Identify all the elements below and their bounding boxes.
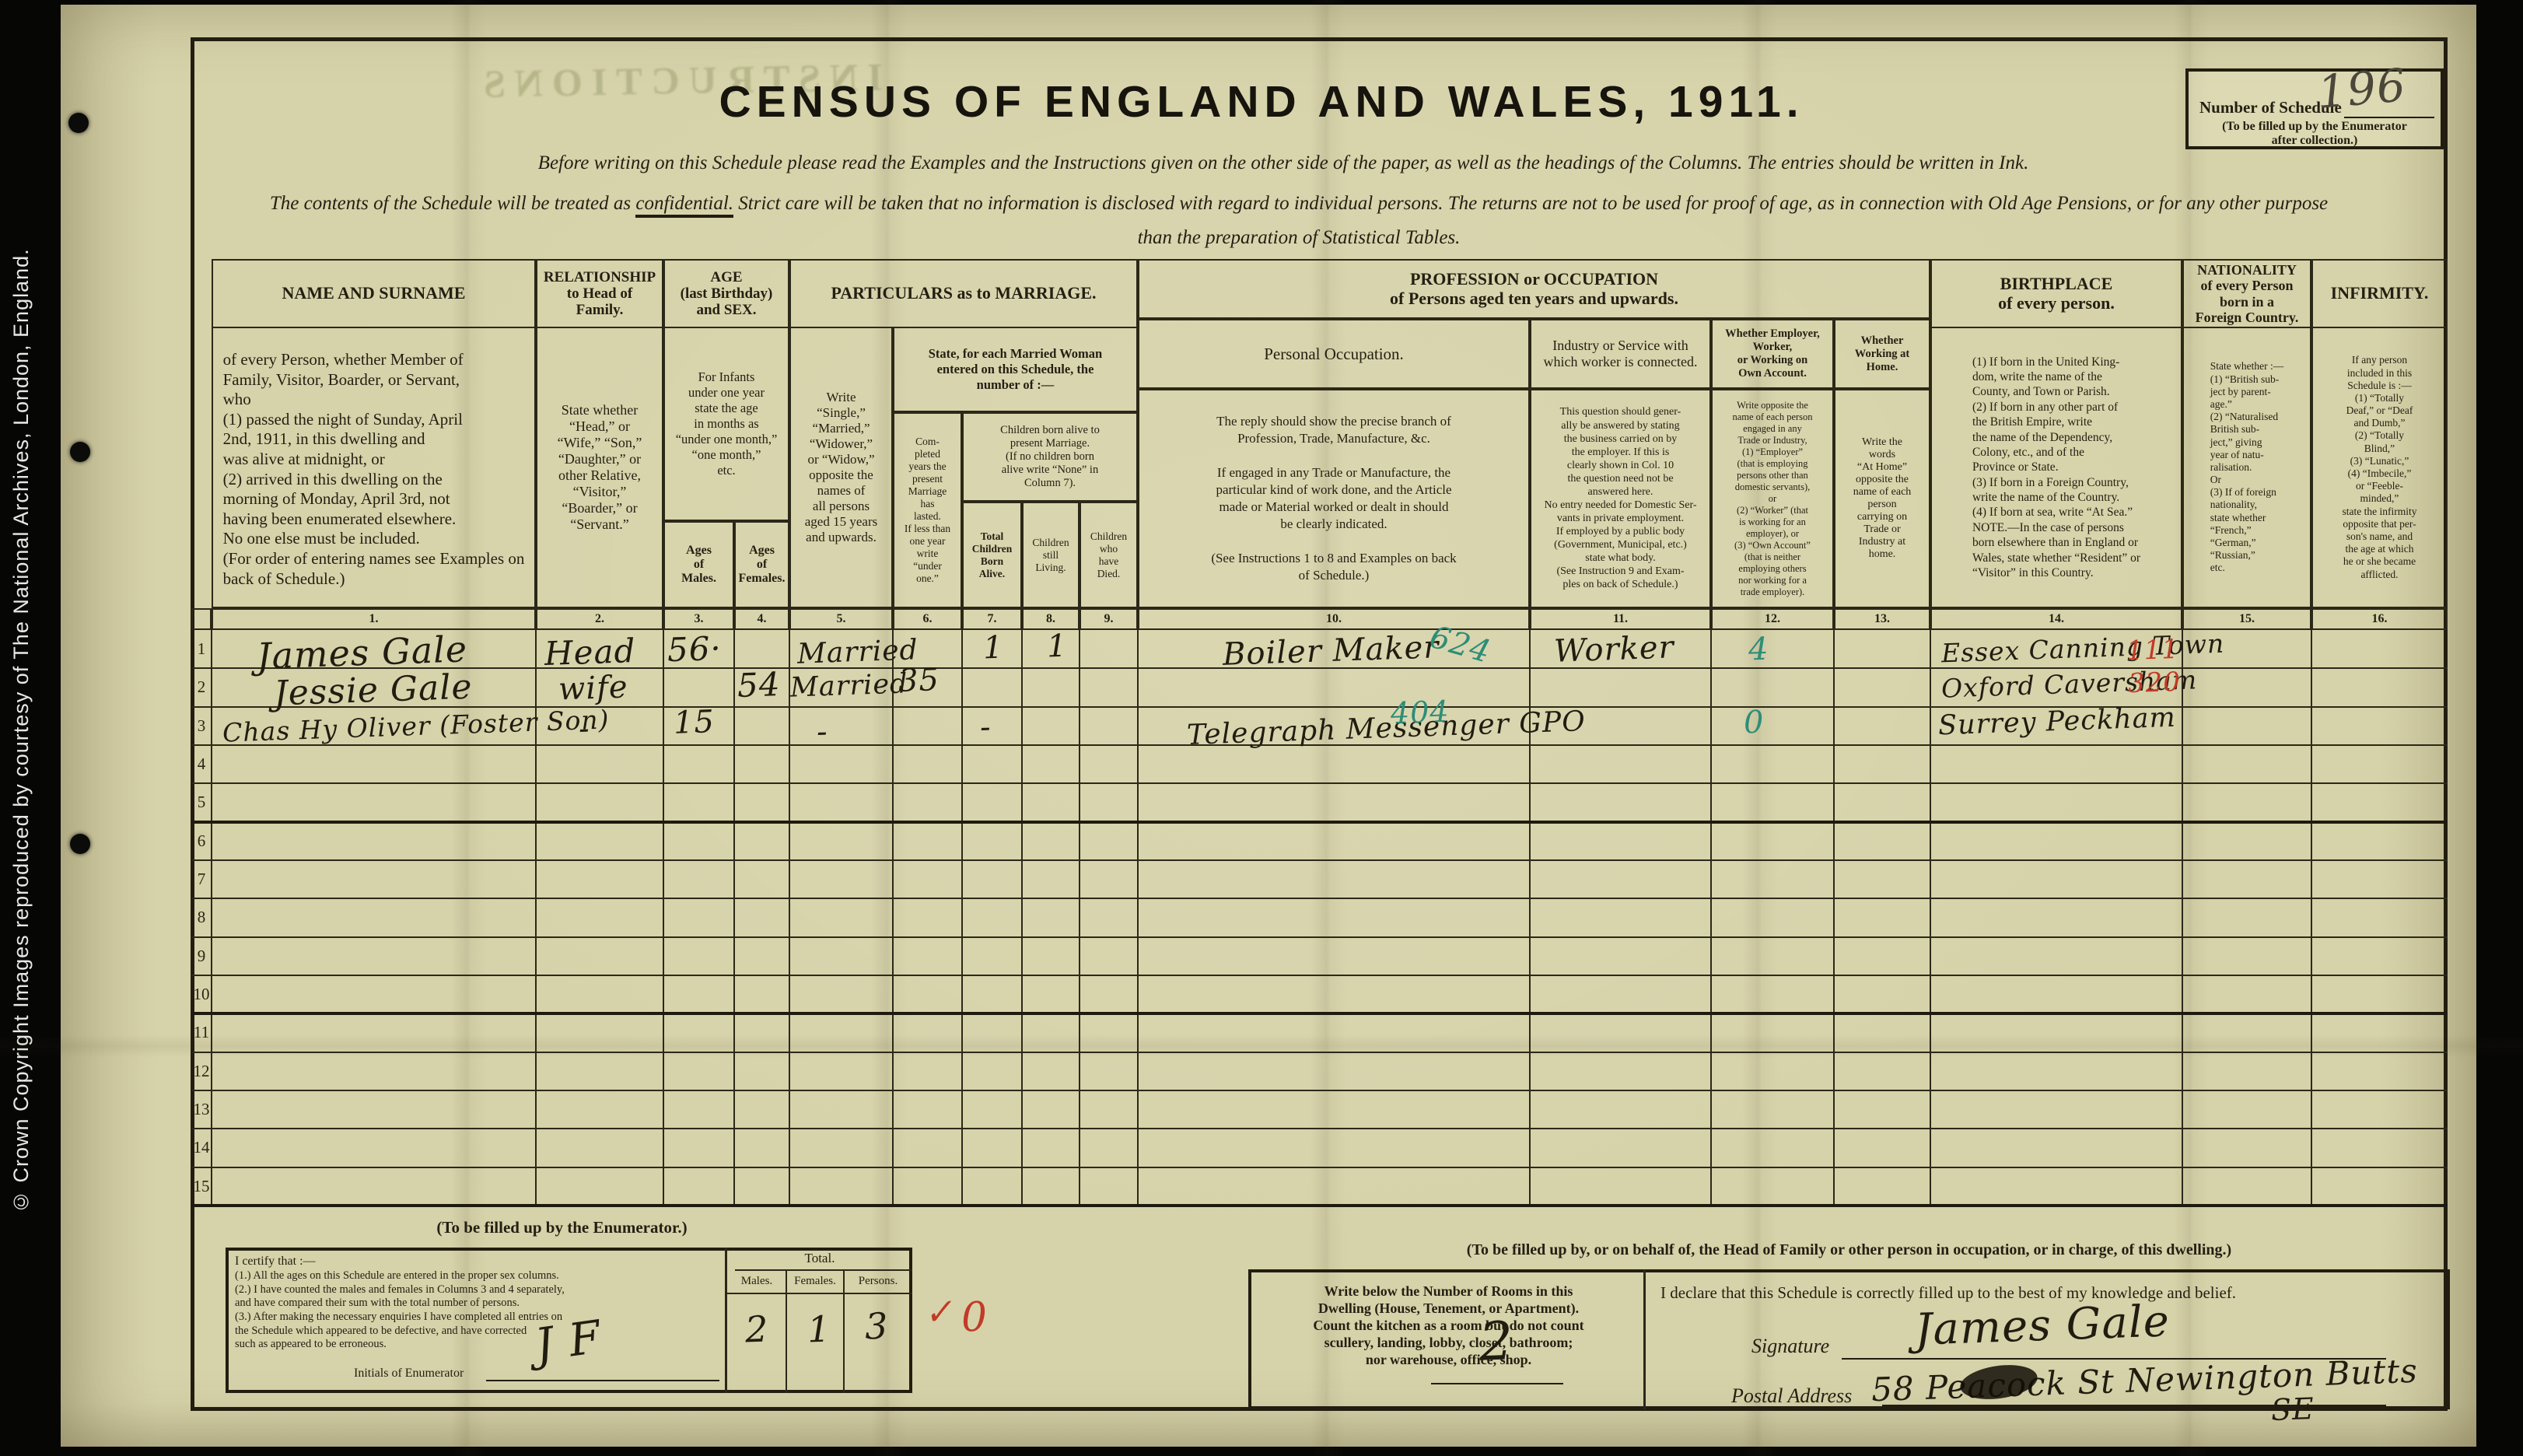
postal-address-suffix: SE [2270, 1391, 2315, 1427]
grid-line-horizontal [191, 898, 2448, 899]
header-children-living: Children still Living. [1022, 502, 1080, 608]
column-number: 5. [789, 608, 893, 630]
entry-years-married: 35 [898, 662, 940, 699]
totals-divider [843, 1269, 845, 1393]
row-number: 1 [191, 639, 212, 659]
header-industry: Industry or Service with which worker is… [1530, 319, 1711, 389]
entry-relationship: - [578, 711, 590, 747]
row-number: 10 [191, 985, 212, 1004]
header-children-total: Total Children Born Alive. [962, 502, 1022, 608]
column-number: 8. [1022, 608, 1080, 630]
column-number: 2. [536, 608, 663, 630]
grid-line-horizontal [191, 782, 2448, 784]
column-number: 7. [962, 608, 1022, 630]
entry-occupation: Boiler Maker [1222, 629, 1440, 673]
entry-employment-code: 4 [1748, 632, 1769, 668]
row-number: 9 [191, 947, 212, 966]
header-birthplace: BIRTHPLACE of every person. [1930, 259, 2182, 328]
row-number: 6 [191, 831, 212, 851]
entry-birthplace-code: 320 [2127, 667, 2181, 699]
entry-age: 54 [737, 665, 781, 705]
punch-hole [70, 834, 90, 854]
grid-line-vertical [2182, 630, 2183, 1206]
intro-line-2: The contents of the Schedule will be tre… [233, 193, 2364, 215]
intro-line-1: Before writing on this Schedule please r… [327, 152, 2240, 174]
grid-line-horizontal [191, 936, 2448, 938]
entry-marriage: - [816, 714, 828, 750]
header-relationship-instructions: State whether “Head,” or “Wife,” “Son,” … [536, 327, 663, 608]
red-check-mark: ✓ [922, 1291, 955, 1334]
census-schedule-scan: © Crown Copyright Images reproduced by c… [0, 0, 2523, 1456]
grid-line-vertical [961, 630, 963, 1206]
row-number: 7 [191, 870, 212, 889]
header-personal-occupation: Personal Occupation. [1138, 319, 1530, 389]
header-at-home-instructions: Write the words “At Home” opposite the n… [1834, 389, 1930, 608]
rooms-instructions: Write below the Number of Rooms in this … [1264, 1283, 1633, 1369]
entry-age: 15 [673, 704, 715, 741]
row-number-column-head [191, 608, 212, 630]
grid-line-vertical [1710, 630, 1712, 1206]
initials-line [486, 1380, 719, 1381]
punch-hole [70, 442, 90, 462]
page-title: CENSUS OF ENGLAND AND WALES, 1911. [0, 76, 2523, 128]
totals-rule [727, 1293, 912, 1294]
head-family-divider [1643, 1269, 1646, 1409]
row-number: 5 [191, 793, 212, 812]
column-number: 6. [893, 608, 962, 630]
grid-line-horizontal [191, 1012, 2448, 1015]
entry-age: 56· [667, 629, 722, 669]
column-number: 1. [212, 608, 536, 630]
entry-children-born: - [979, 709, 992, 745]
row-number: 12 [191, 1062, 212, 1081]
row-number: 14 [191, 1138, 212, 1157]
row-number: 8 [191, 908, 212, 927]
column-number: 3. [663, 608, 734, 630]
signature-value: James Gale [1914, 1296, 2171, 1355]
signature-label: Signature [1751, 1335, 1829, 1358]
header-employer-instructions: Write opposite the name of each person e… [1711, 389, 1834, 608]
header-children-born: Children born alive to present Marriage.… [962, 412, 1138, 502]
row-number: 2 [191, 677, 212, 697]
column-number: 9. [1080, 608, 1138, 630]
males-label: Males. [727, 1274, 786, 1288]
grid-line-horizontal [191, 1167, 2448, 1168]
header-infirmity: INFIRMITY. [2311, 259, 2448, 328]
header-children-died: Children who have Died. [1080, 502, 1138, 608]
intro-line-2-pre: The contents of the Schedule will be tre… [270, 193, 636, 214]
rooms-value: 2 [1478, 1311, 1515, 1373]
entry-birthplace-code: 111 [2126, 634, 2179, 667]
certify-intro: I certify that :— [235, 1254, 717, 1269]
grid-line-vertical [663, 630, 664, 1206]
column-number: 10. [1138, 608, 1530, 630]
grid-line-horizontal [191, 1204, 2448, 1207]
entry-marriage: Married [789, 668, 908, 703]
header-ages-males: Ages of Males. [663, 521, 734, 608]
grid-line-vertical [2311, 630, 2312, 1206]
header-employer-worker: Whether Employer, Worker, or Working on … [1711, 319, 1834, 389]
grid-line-horizontal [191, 1052, 2448, 1053]
grid-line-horizontal [191, 859, 2448, 861]
header-profession-group: PROFESSION or OCCUPATION of Persons aged… [1138, 259, 1930, 319]
header-birthplace-instructions: (1) If born in the United King- dom, wri… [1930, 327, 2182, 608]
males-value: 2 [744, 1307, 769, 1350]
header-name-instructions: of every Person, whether Member of Famil… [212, 327, 536, 608]
header-name-surname: NAME AND SURNAME [212, 259, 536, 328]
grid-line-vertical [733, 630, 735, 1206]
column-number: 13. [1834, 608, 1930, 630]
grid-line-vertical [1021, 630, 1023, 1206]
grid-line-horizontal [191, 1090, 2448, 1091]
grid-line-vertical [1137, 630, 1139, 1206]
intro-line-2-post: Strict care will be taken that no inform… [733, 193, 2328, 214]
entry-relationship: Head [544, 632, 636, 673]
grid-line-vertical [892, 630, 894, 1206]
entry-children-born: 1 [982, 630, 1004, 667]
column-number: 11. [1530, 608, 1711, 630]
row-number: 3 [191, 716, 212, 736]
header-nationality-instructions: State whether :— (1) “British sub- ject … [2182, 327, 2311, 608]
header-marital-condition: Write “Single,” “Married,” “Widower,” or… [789, 327, 893, 608]
confidential-underlined: confidential. [635, 193, 733, 218]
certify-items: (1.) All the ages on this Schedule are e… [235, 1269, 721, 1352]
header-occupation-instructions: The reply should show the precise branch… [1138, 389, 1530, 608]
grid-line-vertical [1833, 630, 1835, 1206]
entry-employment-code: 0 [1743, 705, 1765, 741]
grid-line-vertical [789, 630, 790, 1206]
entry-name: Jessie Gale [273, 667, 473, 714]
header-at-home: Whether Working at Home. [1834, 319, 1930, 389]
entry-children-living: 1 [1046, 628, 1068, 665]
row-number: 15 [191, 1177, 212, 1196]
persons-label: Persons. [844, 1274, 912, 1288]
red-zero-mark: 0 [961, 1293, 989, 1341]
header-relationship: RELATIONSHIP to Head of Family. [536, 259, 663, 328]
header-married-woman: State, for each Married Woman entered on… [893, 327, 1138, 412]
females-value: 1 [807, 1307, 831, 1350]
header-industry-instructions: This question should gener- ally be answ… [1530, 389, 1711, 608]
enumerator-heading: (To be filled up by the Enumerator.) [210, 1218, 914, 1237]
header-age-infants: For Infants under one year state the age… [663, 327, 789, 521]
total-underline [735, 1269, 912, 1271]
females-label: Females. [786, 1274, 844, 1288]
header-nationality: NATIONALITY of every Person born in a Fo… [2182, 259, 2311, 328]
row-number: 11 [191, 1023, 212, 1042]
entry-relationship: wife [558, 669, 628, 707]
entry-occupation-code: 404 [1390, 695, 1450, 731]
entry-industry: Worker [1553, 629, 1674, 669]
rooms-line [1431, 1383, 1563, 1384]
grid-line-vertical [1930, 630, 1931, 1206]
postal-address-label: Postal Address [1731, 1384, 1852, 1408]
persons-value: 3 [864, 1304, 889, 1347]
head-family-heading: (To be filled up by, or on behalf of, th… [1248, 1241, 2450, 1259]
grid-line-horizontal [191, 1128, 2448, 1129]
intro-line-3: than the preparation of Statistical Tabl… [233, 227, 2364, 249]
header-years-married: Com- pleted years the present Marriage h… [893, 412, 962, 608]
column-number: 14. [1930, 608, 2182, 630]
total-label: Total. [727, 1251, 912, 1267]
column-number: 4. [734, 608, 789, 630]
header-age-sex: AGE (last Birthday) and SEX. [663, 259, 789, 328]
column-number: 12. [1711, 608, 1834, 630]
column-number: 16. [2311, 608, 2448, 630]
copyright-margin-text: © Crown Copyright Images reproduced by c… [9, 70, 33, 1392]
totals-divider [786, 1269, 787, 1393]
row-number: 13 [191, 1100, 212, 1119]
grid-line-horizontal [191, 975, 2448, 976]
enumerator-divider [725, 1248, 727, 1393]
header-ages-females: Ages of Females. [734, 521, 789, 608]
initials-label: Initials of Enumerator [354, 1366, 464, 1381]
header-marriage-group: PARTICULARS as to MARRIAGE. [789, 259, 1138, 328]
grid-line-vertical [1079, 630, 1080, 1206]
enumerator-initials-signature: J F [532, 1310, 605, 1371]
column-number: 15. [2182, 608, 2311, 630]
header-infirmity-instructions: If any person included in this Schedule … [2311, 327, 2448, 608]
grid-line-horizontal [191, 821, 2448, 824]
row-number: 4 [191, 754, 212, 774]
